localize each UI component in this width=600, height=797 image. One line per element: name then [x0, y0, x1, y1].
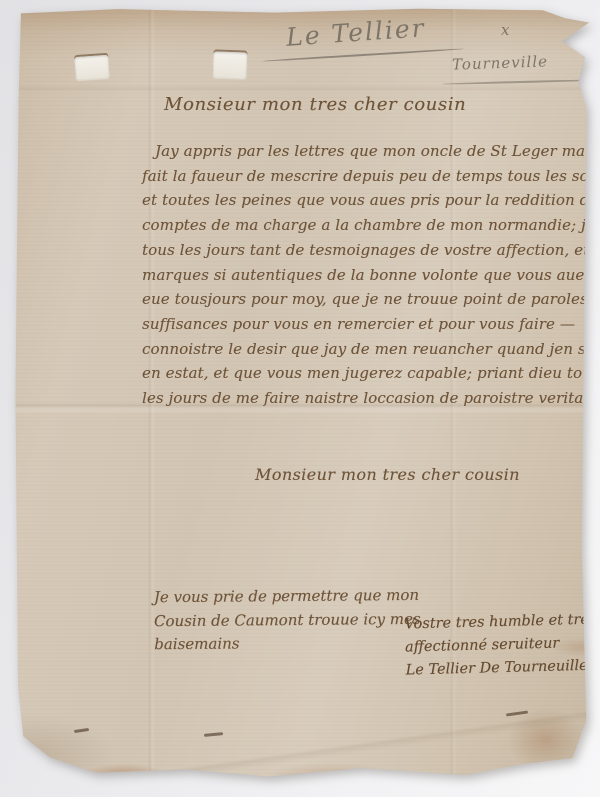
pencil-annotation-place: Tourneville: [452, 52, 549, 73]
letter-body: Jay appris par les lettres que mon oncle…: [142, 139, 600, 411]
body-line: et toutes les peines que vous aues pris …: [142, 188, 600, 213]
letter-paper-wrap: Le Tellier x Tourneville Monsieur mon tr…: [14, 8, 592, 778]
body-line: comptes de ma charge a la chambre de mon…: [142, 213, 600, 238]
signature-block: Vostre tres humble et tres affectionné s…: [404, 608, 598, 682]
paper-slit-mark: [204, 732, 223, 736]
salutation-line: Monsieur mon tres cher cousin: [164, 94, 466, 115]
body-line: Jay appris par les lettres que mon oncle…: [142, 139, 600, 164]
body-line: fait la faueur de mescrire depuis peu de…: [142, 164, 600, 189]
postscript-block: Je vous prie de permettre que mon Cousin…: [154, 584, 421, 657]
paper-slit-mark: [74, 728, 89, 733]
closing-salutation-line: Monsieur mon tres cher cousin: [255, 465, 520, 484]
body-line: les jours de me faire naistre loccasion …: [142, 386, 600, 411]
postscript-line: Je vous prie de permettre que mon: [154, 584, 421, 610]
postscript-line: baisemains: [154, 631, 421, 657]
photo-background: Le Tellier x Tourneville Monsieur mon tr…: [0, 0, 600, 797]
body-line: marques si autentiques de la bonne volon…: [142, 263, 600, 288]
body-line: eue tousjours pour moy, que je ne trouue…: [142, 287, 600, 312]
body-line: tous les jours tant de tesmoignages de v…: [142, 238, 600, 263]
punch-hole-left: [74, 55, 110, 80]
signature-line: Le Tellier De Tourneuille: [405, 654, 598, 682]
letter-paper: Le Tellier x Tourneville Monsieur mon tr…: [14, 8, 592, 778]
pencil-annotation-mark: x: [501, 21, 509, 39]
body-line: connoistre le desir que jay de men reuan…: [142, 337, 600, 362]
body-line: suffisances pour vous en remercier et po…: [142, 312, 600, 337]
paper-slit-mark: [506, 710, 528, 716]
punch-hole-right: [213, 51, 248, 78]
pencil-underline-place: [442, 79, 600, 85]
pencil-annotation-name: Le Tellier: [285, 13, 426, 52]
body-line: en estat, et que vous men jugerez capabl…: [142, 361, 600, 386]
postscript-line: Cousin de Caumont trouue icy mes: [154, 607, 421, 633]
